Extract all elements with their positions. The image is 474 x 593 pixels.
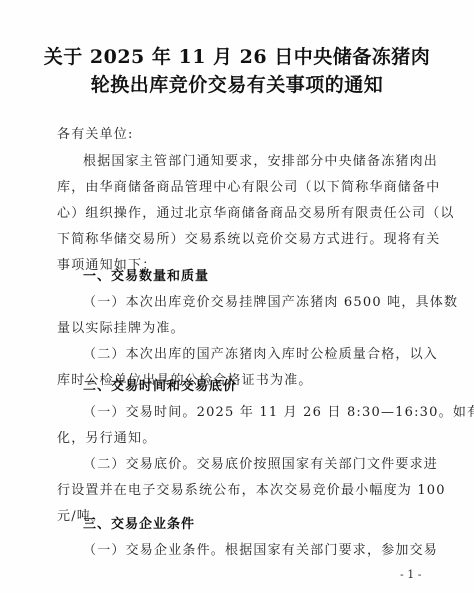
- document-title-line-1: 关于 2025 年 11 月 26 日中央储备冻猪肉: [0, 43, 474, 71]
- section-1-item-1-line: 量以实际挂牌为准。: [57, 320, 379, 338]
- page-number: - 1 -: [400, 568, 421, 581]
- section-3-heading: 三、交易企业条件: [83, 516, 379, 534]
- salutation: 各有关单位:: [57, 126, 379, 144]
- section-2-item-1-line: 化，另行通知。: [57, 430, 379, 448]
- intro-paragraph-line: 心）组织操作，通过北京华商储备商品交易所有限责任公司（以: [57, 205, 379, 223]
- section-1-item-2-line: （二）本次出库的国产冻猪肉入库时公检质量合格，以入: [83, 346, 379, 364]
- section-2-item-1-line: （一）交易时间。2025 年 11 月 26 日 8:30—16:30。如有变: [83, 404, 379, 422]
- section-1-heading: 一、交易数量和质量: [83, 268, 379, 286]
- document-title-line-2: 轮换出库竞价交易有关事项的通知: [0, 71, 474, 99]
- section-1-item-1-line: （一）本次出库竞价交易挂牌国产冻猪肉 6500 吨，具体数: [83, 294, 379, 312]
- section-3-item-1-line: （一）交易企业条件。根据国家有关部门要求，参加交易: [83, 542, 379, 560]
- section-2-item-2-line: （二）交易底价。交易底价按照国家有关部门文件要求进: [83, 456, 379, 474]
- document-page: 关于 2025 年 11 月 26 日中央储备冻猪肉 轮换出库竞价交易有关事项的…: [0, 0, 474, 593]
- section-2-item-2-line: 行设置并在电子交易系统公布，本次交易竞价最小幅度为 100: [57, 482, 379, 500]
- intro-paragraph-line: 库，由华商储备商品管理中心有限公司（以下简称华商储备中: [57, 179, 379, 197]
- section-2-heading: 二、交易时间和交易底价: [83, 378, 379, 396]
- intro-paragraph-line: 下简称华储交易所）交易系统以竞价交易方式进行。现将有关: [57, 231, 379, 249]
- intro-paragraph-line: 根据国家主管部门通知要求，安排部分中央储备冻猪肉出: [83, 153, 379, 171]
